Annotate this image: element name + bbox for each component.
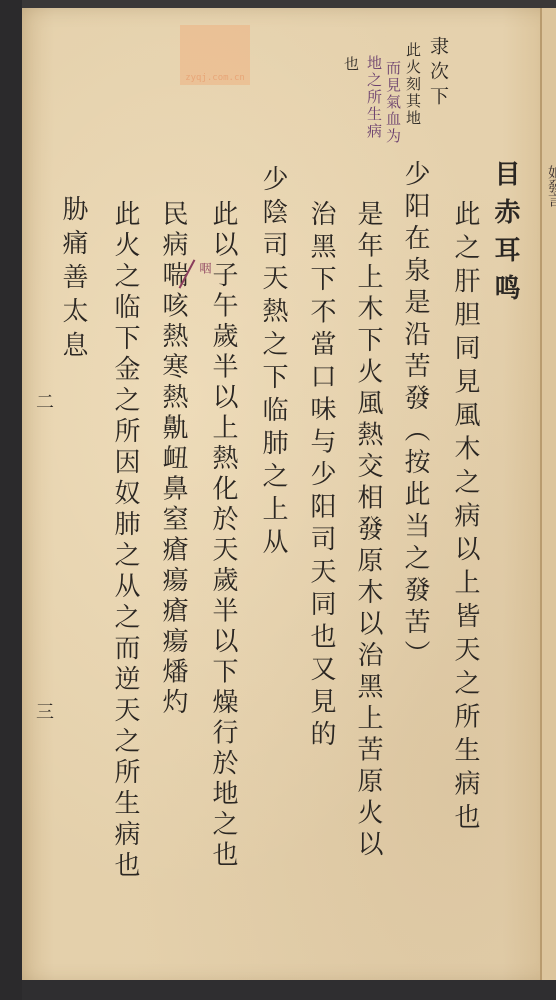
text-column-9: 胁痛善太息	[60, 195, 86, 365]
folio-number-2: 二	[34, 392, 52, 419]
text-column-7: 民病喘咳熱寒熱鼽衄鼻窒瘡瘍瘡瘍燔灼	[160, 200, 186, 719]
text-column-4: 治黑下不當口味与少阳司天同也又見的	[308, 200, 334, 753]
text-column-2: 少阳在泉是沿苦發（按此当之發苦）	[402, 160, 428, 672]
watermark-stamp: zyqj.com.cn	[180, 25, 250, 85]
text-column-5: 少陰司天熱之下临肺之上从	[260, 165, 286, 561]
watermark-text: zyqj.com.cn	[185, 73, 245, 83]
next-page-fragment: 如發言	[544, 165, 556, 207]
text-column-6: 此以子午歲半以上熱化於天歲半以下燥行於地之也	[210, 200, 236, 871]
text-column-3: 是年上木下火風熱交相發原木以治黑上苦原火以	[355, 200, 381, 862]
header-note-trailing: 也	[343, 56, 358, 73]
section-title: 目赤耳鸣	[492, 160, 518, 312]
header-heading: 隶次下	[428, 36, 447, 111]
marginal-correction: 咽	[197, 262, 214, 274]
folio-number-3: 三	[34, 702, 52, 729]
header-note-line-2: 而見氣血为	[385, 60, 400, 145]
header-note-line-1: 此火刻其地	[405, 42, 420, 127]
bottom-shadow	[22, 980, 556, 1000]
header-note-line-3: 地之所生病	[366, 55, 381, 140]
text-column-8: 此火之临下金之所因奴肺之从之而逆天之所生病也	[112, 200, 138, 882]
text-column-1: 此之肝胆同見風木之病以上皆天之所生病也	[452, 200, 478, 837]
next-page-edge	[542, 8, 556, 983]
